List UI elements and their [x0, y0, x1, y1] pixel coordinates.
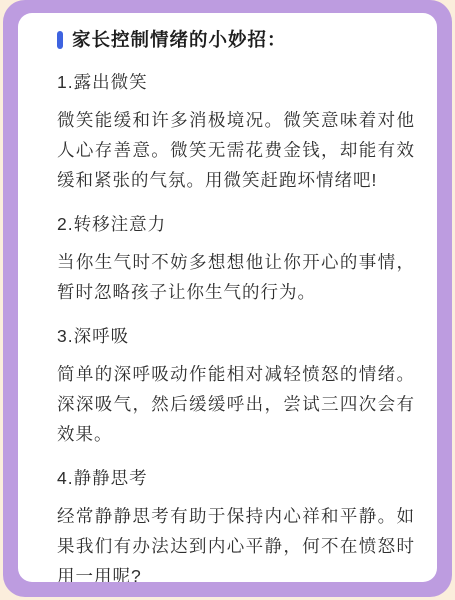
card-frame: 家长控制情绪的小妙招： 1.露出微笑 微笑能缓和许多消极境况。微笑意味着对他人心…	[3, 0, 452, 597]
section-body: 微笑能缓和许多消极境况。微笑意味着对他人心存善意。微笑无需花费金钱，却能有效缓和…	[57, 105, 415, 195]
section-title: 2.转移注意力	[57, 211, 413, 237]
section-title: 4.静静思考	[57, 465, 413, 491]
section-deep-breath: 3.深呼吸 简单的深呼吸动作能相对减轻愤怒的情绪。深深吸气，然后缓缓呼出，尝试三…	[57, 323, 413, 449]
section-smile: 1.露出微笑 微笑能缓和许多消极境况。微笑意味着对他人心存善意。微笑无需花费金钱…	[57, 69, 413, 195]
section-title: 3.深呼吸	[57, 323, 413, 349]
page-title: 家长控制情绪的小妙招：	[72, 27, 287, 53]
section-title: 1.露出微笑	[57, 69, 413, 95]
accent-bar-icon	[57, 31, 63, 49]
section-body: 经常静静思考有助于保持内心祥和平静。如果我们有办法达到内心平静，何不在愤怒时用一…	[57, 501, 415, 582]
card-header: 家长控制情绪的小妙招：	[57, 27, 413, 53]
tip-card: 家长控制情绪的小妙招： 1.露出微笑 微笑能缓和许多消极境况。微笑意味着对他人心…	[18, 13, 437, 582]
section-body: 简单的深呼吸动作能相对减轻愤怒的情绪。深深吸气，然后缓缓呼出，尝试三四次会有效果…	[57, 359, 415, 449]
section-divert-attention: 2.转移注意力 当你生气时不妨多想想他让你开心的事情，暂时忽略孩子让你生气的行为…	[57, 211, 413, 307]
section-quiet-thinking: 4.静静思考 经常静静思考有助于保持内心祥和平静。如果我们有办法达到内心平静，何…	[57, 465, 413, 582]
section-body: 当你生气时不妨多想想他让你开心的事情，暂时忽略孩子让你生气的行为。	[57, 247, 415, 307]
